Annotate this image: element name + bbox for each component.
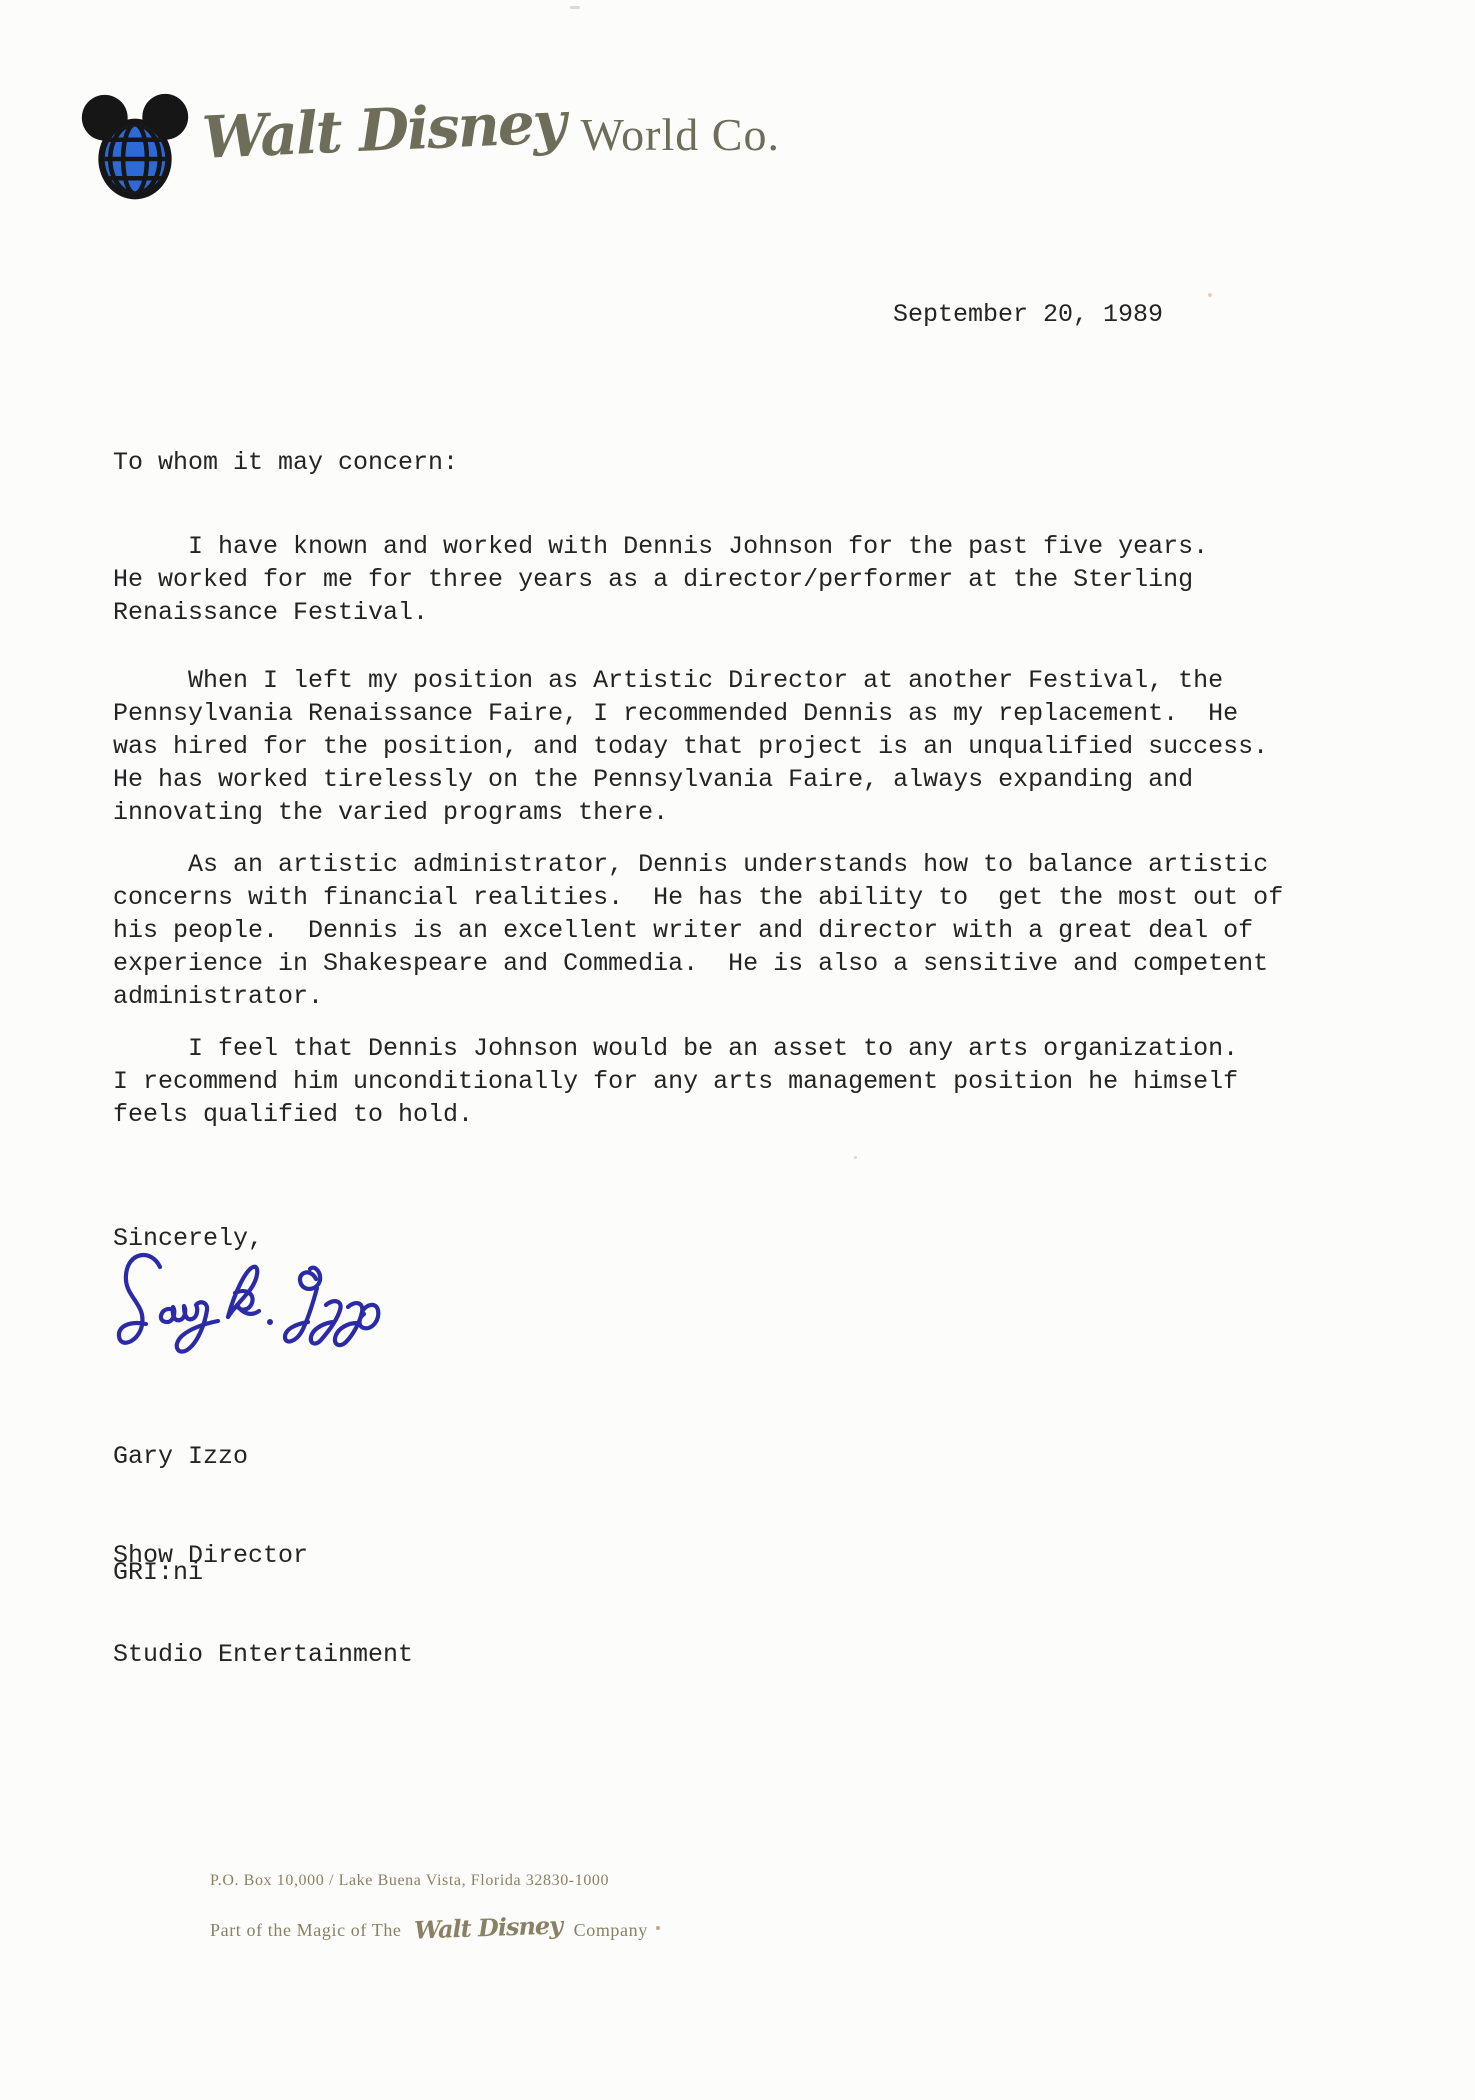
footer-address: P.O. Box 10,000 / Lake Buena Vista, Flor… xyxy=(210,1872,609,1890)
letter-date: September 20, 1989 xyxy=(893,298,1163,331)
brand-world-co: World Co. xyxy=(580,108,780,161)
scan-artifact xyxy=(854,1156,857,1159)
footer-tagline: Part of the Magic of The Walt Disney Com… xyxy=(210,1913,660,1942)
scan-artifact xyxy=(570,6,580,9)
brand-wordmark: Walt Disney World Co. xyxy=(202,96,780,191)
paragraph-2: When I left my position as Artistic Dire… xyxy=(113,664,1413,829)
paragraph-1: I have known and worked with Dennis John… xyxy=(113,530,1413,629)
signer-department: Studio Entertainment xyxy=(113,1638,413,1671)
letterhead: Walt Disney World Co. xyxy=(0,0,1475,220)
footer-walt-disney-script: Walt Disney xyxy=(413,1910,562,1944)
footer-tagline-suffix: Company xyxy=(574,1920,648,1941)
salutation: To whom it may concern: xyxy=(113,446,458,479)
mickey-globe-icon xyxy=(80,93,190,203)
reference-initials: GRI:ni xyxy=(113,1556,203,1589)
footer-mark xyxy=(656,1926,660,1930)
paragraph-3: As an artistic administrator, Dennis und… xyxy=(113,848,1413,1013)
brand-script-walt-disney: Walt Disney xyxy=(201,88,566,172)
handwritten-signature xyxy=(112,1243,422,1378)
signer-name: Gary Izzo xyxy=(113,1440,413,1473)
letter-page: Walt Disney World Co. September 20, 1989… xyxy=(0,0,1475,2100)
footer-tagline-prefix: Part of the Magic of The xyxy=(210,1920,402,1941)
scan-artifact xyxy=(1208,293,1212,297)
paragraph-4: I feel that Dennis Johnson would be an a… xyxy=(113,1032,1413,1131)
